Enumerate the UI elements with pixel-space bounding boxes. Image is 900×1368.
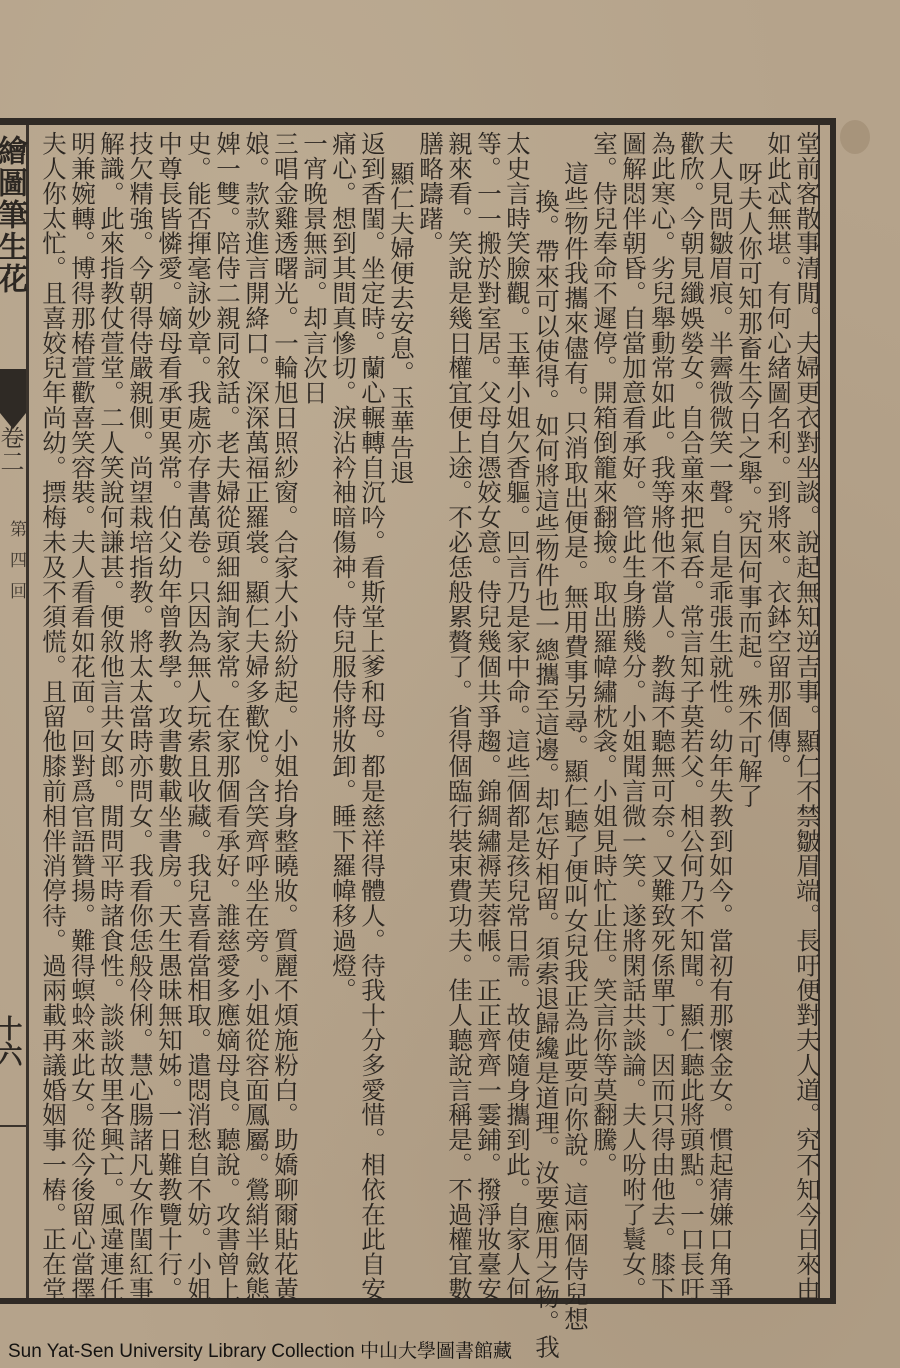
- text-column: 婢一雙。陪侍二親同敘話。老夫婦從頭細細詢家常。在家那個看承好。誰慈愛多應嫡母良。…: [213, 131, 242, 1301]
- body-text: 堂前客散事清閒。夫婦更衣對坐談。說起無知逆吉事。顯仁不禁皺眉端。長吁便對夫人道。…: [32, 131, 822, 1301]
- text-column: 堂前客散事清閒。夫婦更衣對坐談。說起無知逆吉事。顯仁不禁皺眉端。長吁便對夫人道。…: [793, 131, 822, 1301]
- text-column: 親來看。笑說是幾日權宜便上途。不必恁般累贅了。省得個臨行裝束費功夫。佳人聽說言稱…: [445, 131, 474, 1301]
- text-column: 一宵晚景無詞。却言次日: [300, 131, 329, 1301]
- text-column: 娘。款款進言開絳口。深深萬福正羅裳。顯仁夫婦多歡悅。含笑齊呼坐在旁。小姐從容面鳳…: [242, 131, 271, 1301]
- volume-label: 卷二: [0, 425, 24, 473]
- text-column: 夫人見問皺眉痕。半霽微微笑一聲。自是乖張生就性。幼年失教到如今。當初有那懷金女。…: [706, 131, 735, 1301]
- text-column: 返到香閨。坐定時。蘭心輾轉自沉吟。看斯堂上爹和母。都是慈祥得體人。待我十分多愛惜…: [358, 131, 387, 1301]
- text-column: 等。一一搬於對室居。父母自憑姣女意。侍兒幾個共爭趨。錦綢繡褥芙蓉帳。正正齊齊一霎…: [474, 131, 503, 1301]
- text-column: 史。能否揮毫詠妙章。我處亦存書萬卷。只因為無人玩索且收藏。我兒喜看當相取。遣悶消…: [184, 131, 213, 1301]
- text-column: 換。帶來可以使得。如何將這些物件也一總攜至這邊。却怎好相留。須索退歸纔是道理。汝…: [532, 131, 561, 1359]
- text-column: 顯仁夫婦便去安息。玉華告退: [387, 131, 416, 1331]
- text-column: 呀夫人你可知那畜生今日之舉。究因何事而起。殊不可解了: [735, 131, 764, 1331]
- text-column: 夫人你太忙。且喜姣兒年尚幼。摽梅未及不須慌。且留他膝前相伴消停待。過兩載再議婚姻…: [39, 131, 68, 1301]
- text-column: 技欠精強。今朝得侍嚴親側。尚望栽培指教。將太太當時亦問女。我看你恁般伶俐。慧心腸…: [126, 131, 155, 1301]
- block-heart-margin: 繪圖筆生花 卷二 第四回 十六: [0, 125, 29, 1298]
- page-frame: 繪圖筆生花 卷二 第四回 十六 堂前客散事清閒。夫婦更衣對坐談。說起無知逆吉事。…: [0, 118, 836, 1304]
- fishtail-mark-icon: [0, 369, 26, 413]
- text-column: 為此寒心。劣兒舉動常如此。我等將他不當人。教誨不聽無可奈。又難致死係單丁。因而只…: [648, 131, 677, 1301]
- text-column: 如此忒無堪。有何心緒圖名利。到將來。衣鉢空留那個傳。: [764, 131, 793, 1301]
- text-column: 中尊長皆憐愛。嫡母看承更異常。伯父幼年曾教學。攻書數載坐書房。天生愚昧無知姊。一…: [155, 131, 184, 1301]
- margin-divider: [0, 1125, 26, 1127]
- text-column: 室。侍兒奉命不遲停。開箱倒籠來翻撿。取出羅幃繡枕衾。小姐見時忙止住。笑言你等莫翻…: [590, 131, 619, 1301]
- text-column: 太史言時笑臉觀。玉華小姐欠香軀。回言乃是家中命。這些個都是孩兒常日需。故使隨身攜…: [503, 131, 532, 1301]
- text-column: 解識。此來指教仗萱堂。二人笑說何謙甚。便敘他言共女郎。閒問平時諸食性。談談故里各…: [97, 131, 126, 1301]
- text-column: 三唱金雞透曙光。一輪旭日照紗窗。合家大小紛紛起。小姐抬身整曉妝。質麗不煩施粉白。…: [271, 131, 300, 1301]
- paper-stain: [840, 120, 870, 154]
- text-column: 圖解悶伴朝昏。自當加意看承好。管此生身勝幾分。小姐聞言微一笑。遂將閑話共談論。夫…: [619, 131, 648, 1301]
- text-column: 膳略躊躇。: [416, 131, 445, 1301]
- text-column: 這些物件我攜來儘有。只消取出便是。無用費事另尋。顯仁聽了便叫女兒我正為此要向你說…: [561, 131, 590, 1331]
- chapter-label: 第四回: [4, 520, 26, 613]
- library-watermark: Sun Yat-Sen University Library Collectio…: [8, 1336, 512, 1363]
- text-column: 明兼婉轉。博得那椿萱歡喜笑容裝。夫人看看如花面。回對爲官語贊揚。難得螟蛉來此女。…: [68, 131, 97, 1301]
- text-column: 痛心。想到其間真慘切。淚沾衿袖暗傷神。侍兒服侍將妝卸。睡下羅幃移過燈。: [329, 131, 358, 1301]
- book-title: 繪圖筆生花: [0, 135, 24, 295]
- page-number: 十六: [0, 1015, 26, 1067]
- text-column: 歡欣。今朝見纖娛嫈女。自合童來把氣呑。常言知子莫若父。相公何乃不知聞。顯仁聽此將…: [677, 131, 706, 1301]
